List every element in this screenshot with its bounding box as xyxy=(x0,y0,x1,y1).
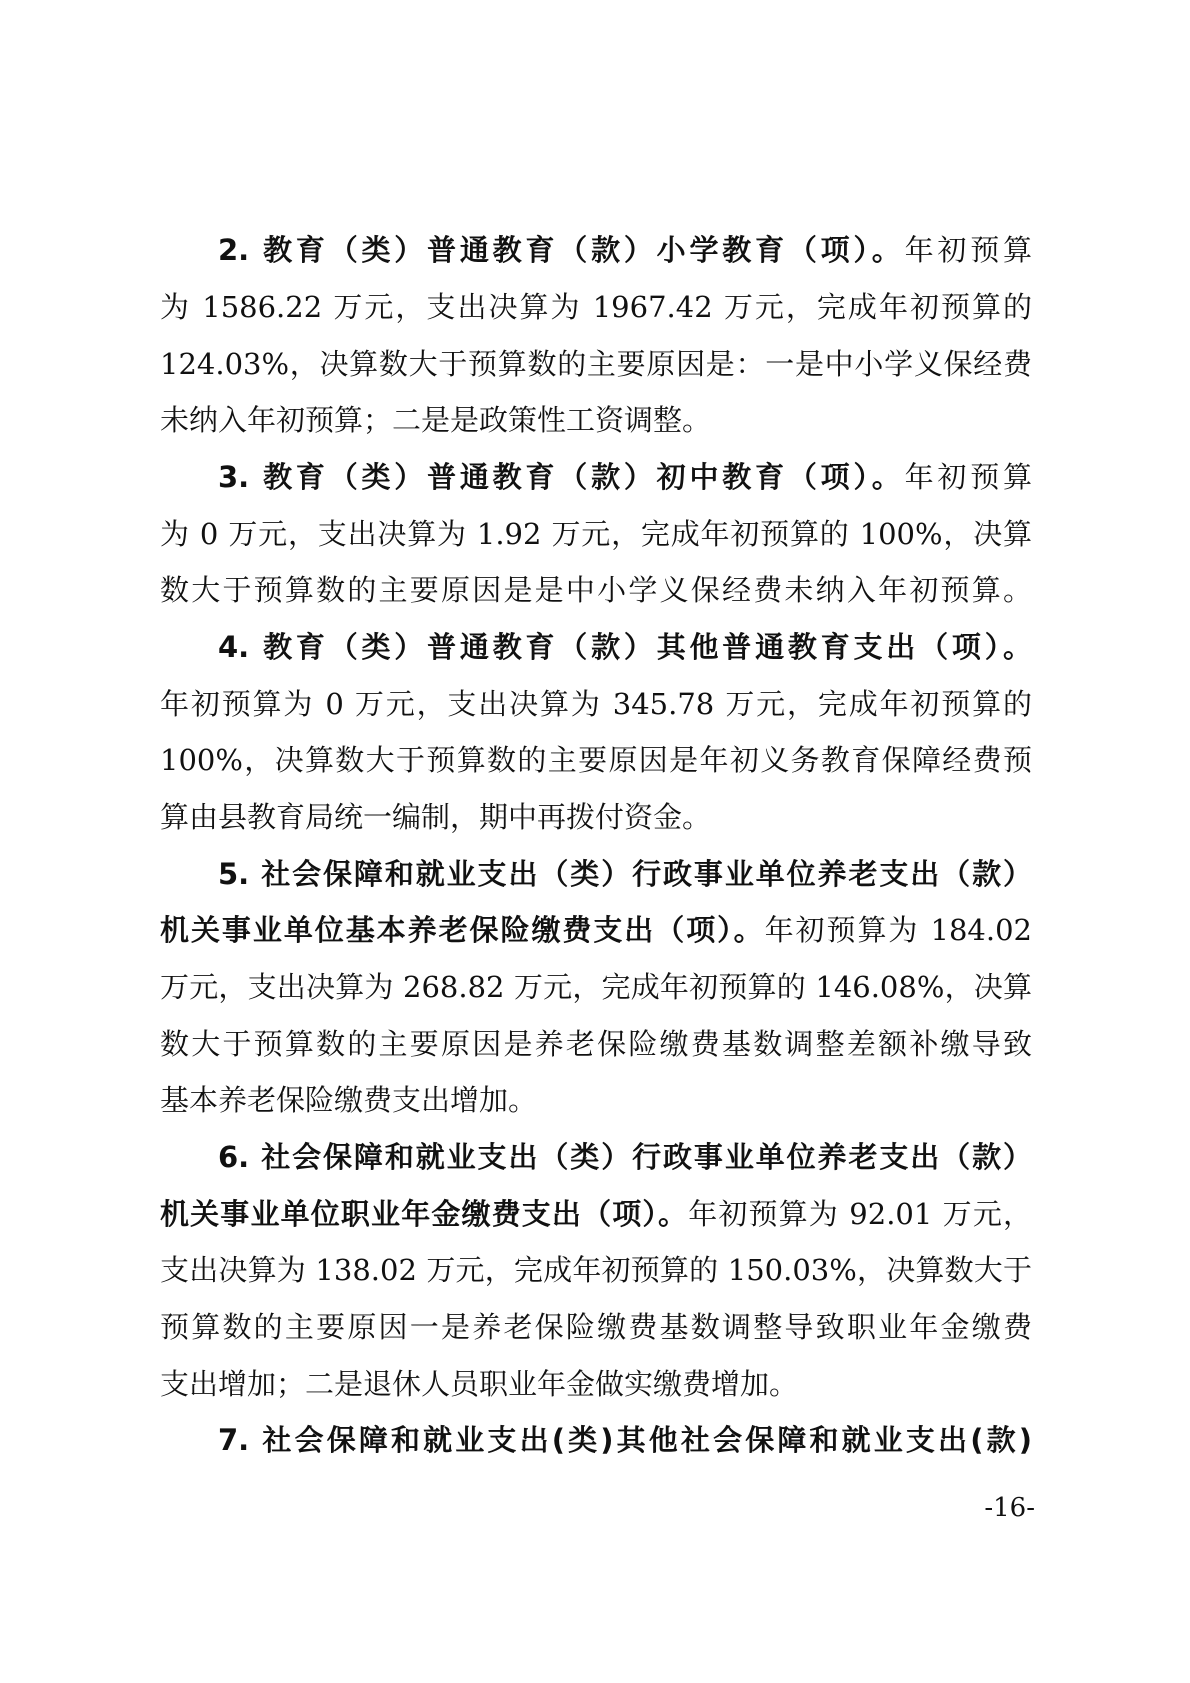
paragraph-item3-line3: 数大于预算数的主要原因是是中小学义保经费未纳入年初预算。 xyxy=(160,568,1032,612)
item4-heading: 4. 教育（类）普通教育（款）其他普通教育支出（项）。 xyxy=(218,630,1032,664)
paragraph-item2-line1: 2. 教育（类）普通教育（款）小学教育（项）。年初预算 xyxy=(218,228,1032,272)
page-number: -16- xyxy=(984,1490,1035,1526)
paragraph-item4-line3: 100%，决算数大于预算数的主要原因是年初义务教育保障经费预 xyxy=(160,738,1032,782)
item6-heading-cont: 机关事业单位职业年金缴费支出（项）。 xyxy=(160,1197,688,1231)
paragraph-item6-line4: 预算数的主要原因一是养老保险缴费基数调整导致职业年金缴费 xyxy=(160,1305,1032,1349)
paragraph-item2-line2: 为 1586.22 万元，支出决算为 1967.42 万元，完成年初预算的 xyxy=(160,285,1032,329)
paragraph-item5-line5: 基本养老保险缴费支出增加。 xyxy=(160,1078,1032,1122)
document-page: 2. 教育（类）普通教育（款）小学教育（项）。年初预算 为 1586.22 万元… xyxy=(0,0,1190,1683)
paragraph-item4-line4: 算由县教育局统一编制，期中再拨付资金。 xyxy=(160,795,1032,839)
paragraph-item5-line2: 机关事业单位基本养老保险缴费支出（项）。年初预算为 184.02 xyxy=(160,908,1032,952)
item5-heading: 5. 社会保障和就业支出（类）行政事业单位养老支出（款） xyxy=(218,857,1032,891)
paragraph-item6-line3: 支出决算为 138.02 万元，完成年初预算的 150.03%，决算数大于 xyxy=(160,1248,1032,1292)
item5-heading-cont: 机关事业单位基本养老保险缴费支出（项）。 xyxy=(160,913,765,947)
paragraph-item6-line2: 机关事业单位职业年金缴费支出（项）。年初预算为 92.01 万元， xyxy=(160,1192,1032,1236)
paragraph-item3-line2: 为 0 万元，支出决算为 1.92 万元，完成年初预算的 100%，决算 xyxy=(160,512,1032,556)
item7-heading: 7. 社会保障和就业支出(类)其他社会保障和就业支出(款) xyxy=(218,1423,1032,1457)
item3-heading: 3. 教育（类）普通教育（款）初中教育（项）。 xyxy=(218,460,905,494)
paragraph-item5-line1: 5. 社会保障和就业支出（类）行政事业单位养老支出（款） xyxy=(218,852,1032,896)
paragraph-item6-line5: 支出增加；二是退休人员职业年金做实缴费增加。 xyxy=(160,1362,1032,1406)
paragraph-item6-line1: 6. 社会保障和就业支出（类）行政事业单位养老支出（款） xyxy=(218,1135,1032,1179)
paragraph-item5-line3: 万元，支出决算为 268.82 万元，完成年初预算的 146.08%，决算 xyxy=(160,965,1032,1009)
paragraph-item5-line4: 数大于预算数的主要原因是养老保险缴费基数调整差额补缴导致 xyxy=(160,1022,1032,1066)
item2-heading: 2. 教育（类）普通教育（款）小学教育（项）。 xyxy=(218,233,905,267)
paragraph-item2-line4: 未纳入年初预算；二是是政策性工资调整。 xyxy=(160,398,1032,442)
item6-heading: 6. 社会保障和就业支出（类）行政事业单位养老支出（款） xyxy=(218,1140,1032,1174)
paragraph-item4-line2: 年初预算为 0 万元，支出决算为 345.78 万元，完成年初预算的 xyxy=(160,682,1032,726)
paragraph-item3-line1: 3. 教育（类）普通教育（款）初中教育（项）。年初预算 xyxy=(218,455,1032,499)
paragraph-item7-line1: 7. 社会保障和就业支出(类)其他社会保障和就业支出(款) xyxy=(218,1418,1032,1462)
paragraph-item2-line3: 124.03%，决算数大于预算数的主要原因是：一是中小学义保经费 xyxy=(160,342,1032,386)
paragraph-item4-line1: 4. 教育（类）普通教育（款）其他普通教育支出（项）。 xyxy=(218,625,1032,669)
